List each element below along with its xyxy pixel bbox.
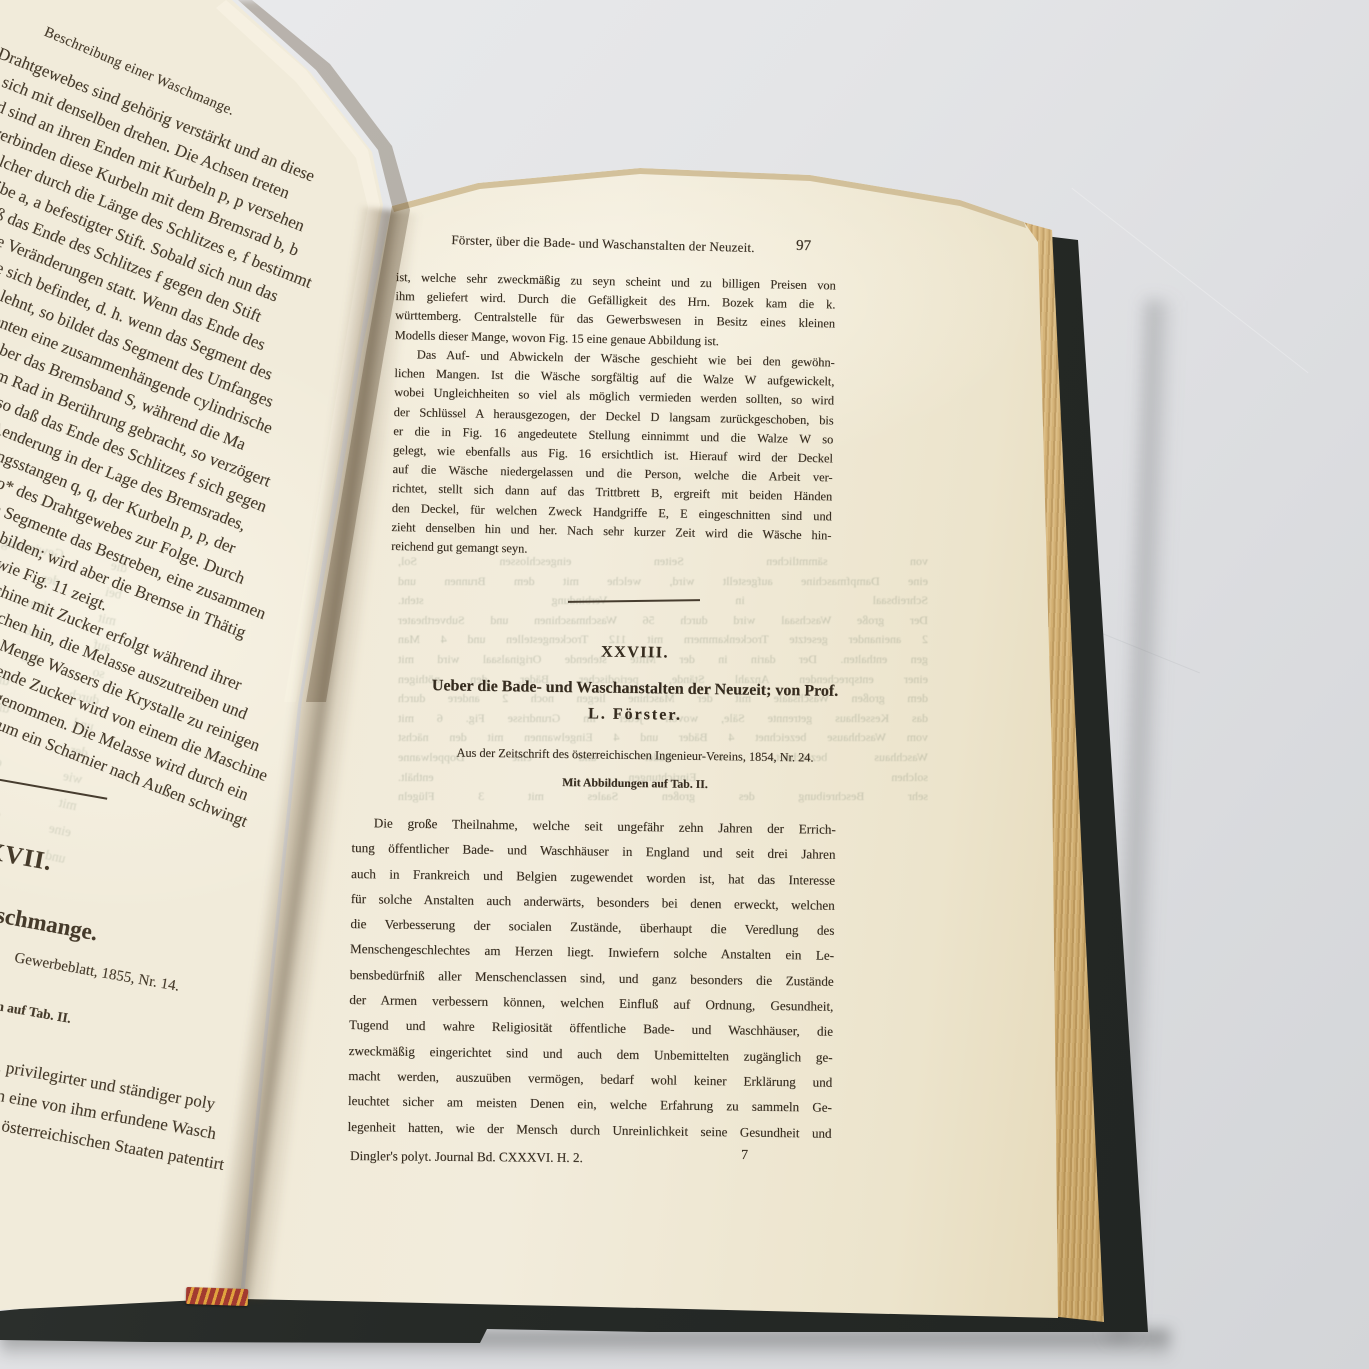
background-scratch	[1071, 188, 1308, 373]
signature-number: 7	[741, 1148, 748, 1164]
ghost-text-line: eine Dampfmaschine aufgestellt wird, wel…	[398, 572, 928, 592]
ghost-text-line: Der große Waschsaal wird durch 56 Waschm…	[398, 611, 928, 631]
right-paragraph-2: Das Auf- und Abwickeln der Wäsche geschi…	[391, 345, 835, 565]
left-plate-note-fragment: n auf Tab. II.	[0, 998, 72, 1027]
right-running-head: Förster, über die Bade- und Waschanstalt…	[438, 232, 768, 257]
left-section-title-fragment: Waschmange.	[0, 896, 100, 946]
right-paragraph-1: ist, welche sehr zweckmäßig zu seyn sche…	[395, 268, 836, 353]
right-page-number: 97	[796, 238, 811, 255]
spine-headband	[186, 1287, 249, 1306]
left-source-fragment: Gewerbeblatt, 1855, Nr. 14.	[13, 950, 180, 996]
footer-imprint: Dingler's polyt. Journal Bd. CXXXVI. H. …	[350, 1148, 583, 1166]
book-photo: von sämmtlichen Seiten eingeschlossen So…	[0, 0, 1369, 1369]
right-paragraph-3: Die große Theilnahme, welche seit ungefä…	[347, 810, 836, 1146]
